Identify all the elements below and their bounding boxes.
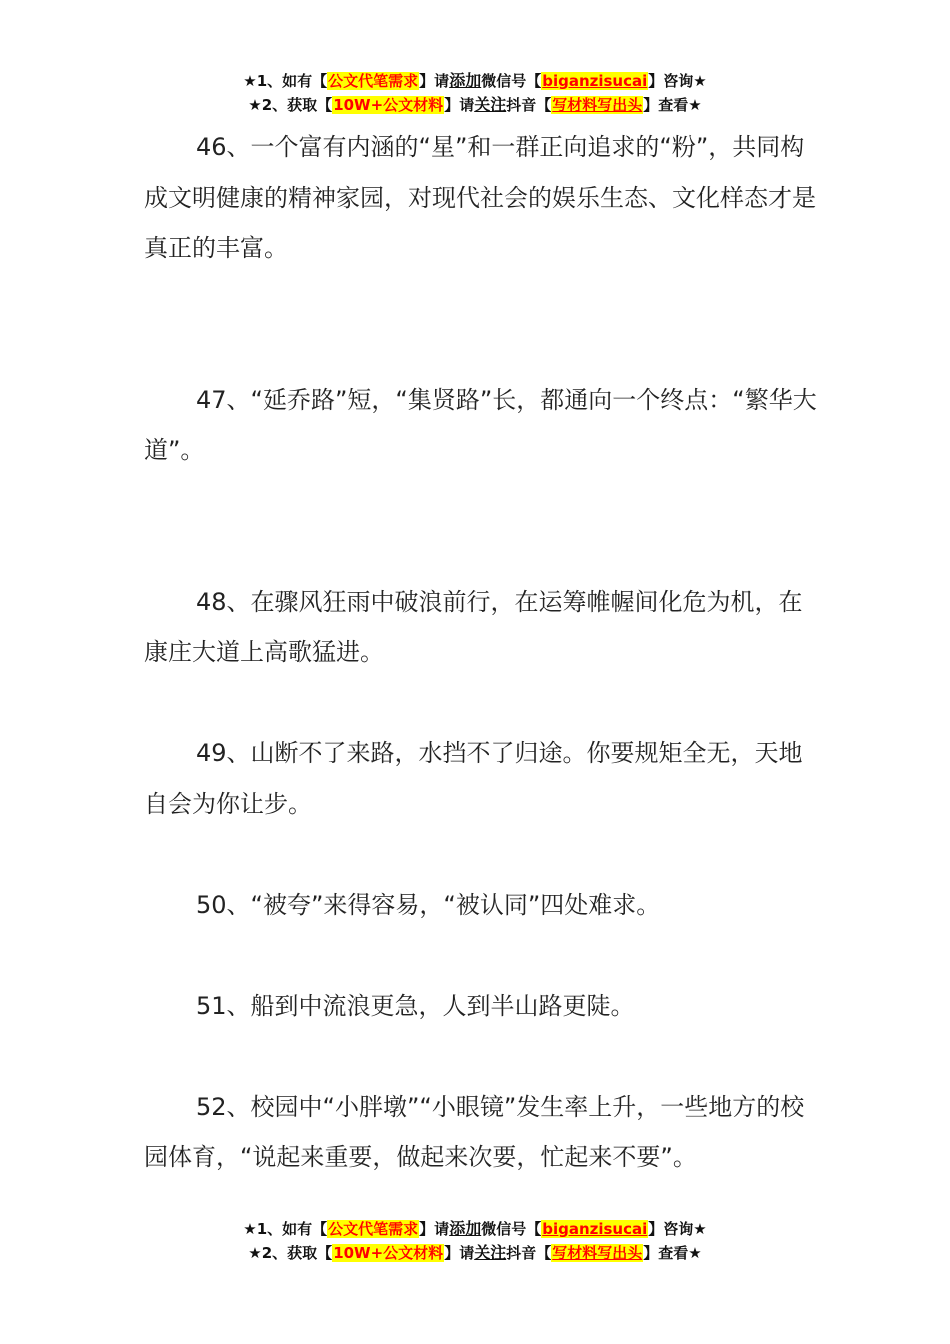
promo-highlight: 10W+公文材料 — [332, 1244, 444, 1262]
promo-line-1: ★1、如有【公文代笔需求】请添加微信号【biganzisucai】咨询★ — [0, 69, 950, 93]
promo-text: 】查看★ — [643, 96, 701, 114]
promo-emphasis: 添加 — [449, 71, 481, 90]
paragraph-51: 51、船到中流浪更急，人到半山路更陡。 — [144, 981, 820, 1032]
promo-text: 】请 — [419, 72, 449, 90]
promo-text: ★2、获取【 — [248, 1244, 332, 1262]
douyin-account-highlight: 写材料写出头 — [551, 1244, 643, 1262]
paragraph-50: 50、“被夸”来得容易，“被认同”四处难求。 — [144, 880, 820, 931]
header-promo-banner: ★1、如有【公文代笔需求】请添加微信号【biganzisucai】咨询★ ★2、… — [0, 69, 950, 117]
wechat-id-highlight: biganzisucai — [541, 1220, 648, 1238]
promo-highlight: 公文代笔需求 — [327, 1220, 419, 1238]
footer-promo-banner: ★1、如有【公文代笔需求】请添加微信号【biganzisucai】咨询★ ★2、… — [0, 1217, 950, 1265]
promo-line-2: ★2、获取【10W+公文材料】请关注抖音【写材料写出头】查看★ — [0, 1241, 950, 1265]
promo-text: 抖音【 — [506, 96, 551, 114]
paragraph-spacer — [144, 829, 820, 880]
paragraph-spacer — [144, 274, 820, 375]
wechat-id-highlight: biganzisucai — [541, 72, 648, 90]
promo-highlight: 公文代笔需求 — [327, 72, 419, 90]
promo-emphasis: 关注 — [474, 1243, 506, 1262]
promo-text: 】请 — [419, 1220, 449, 1238]
promo-text: 】查看★ — [643, 1244, 701, 1262]
paragraph-52: 52、校园中“小胖墩”“小眼镜”发生率上升，一些地方的校园体育，“说起来重要，做… — [144, 1082, 820, 1183]
promo-text: ★2、获取【 — [248, 96, 332, 114]
paragraph-49: 49、山断不了来路，水挡不了归途。你要规矩全无，天地自会为你让步。 — [144, 728, 820, 829]
promo-emphasis: 关注 — [474, 95, 506, 114]
paragraph-46: 46、一个富有内涵的“星”和一群正向追求的“粉”，共同构成文明健康的精神家园，对… — [144, 122, 820, 274]
promo-text: 微信号【 — [481, 1220, 541, 1238]
promo-text: ★1、如有【 — [243, 1220, 327, 1238]
paragraph-spacer — [144, 678, 820, 729]
promo-line-2: ★2、获取【10W+公文材料】请关注抖音【写材料写出头】查看★ — [0, 93, 950, 117]
promo-text: 微信号【 — [481, 72, 541, 90]
promo-text: ★1、如有【 — [243, 72, 327, 90]
paragraph-spacer — [144, 1031, 820, 1082]
paragraph-48: 48、在骤风狂雨中破浪前行，在运筹帷幄间化危为机，在康庄大道上高歌猛进。 — [144, 577, 820, 678]
promo-text: 】请 — [444, 96, 474, 114]
promo-text: 】咨询★ — [648, 72, 706, 90]
promo-text: 抖音【 — [506, 1244, 551, 1262]
douyin-account-highlight: 写材料写出头 — [551, 96, 643, 114]
promo-emphasis: 添加 — [449, 1219, 481, 1238]
paragraph-spacer — [144, 930, 820, 981]
promo-line-1: ★1、如有【公文代笔需求】请添加微信号【biganzisucai】咨询★ — [0, 1217, 950, 1241]
document-body: 46、一个富有内涵的“星”和一群正向追求的“粉”，共同构成文明健康的精神家园，对… — [144, 122, 820, 1183]
paragraph-spacer — [144, 476, 820, 577]
promo-highlight: 10W+公文材料 — [332, 96, 444, 114]
promo-text: 】咨询★ — [648, 1220, 706, 1238]
paragraph-47: 47、“延乔路”短，“集贤路”长，都通向一个终点：“繁华大道”。 — [144, 375, 820, 476]
promo-text: 】请 — [444, 1244, 474, 1262]
